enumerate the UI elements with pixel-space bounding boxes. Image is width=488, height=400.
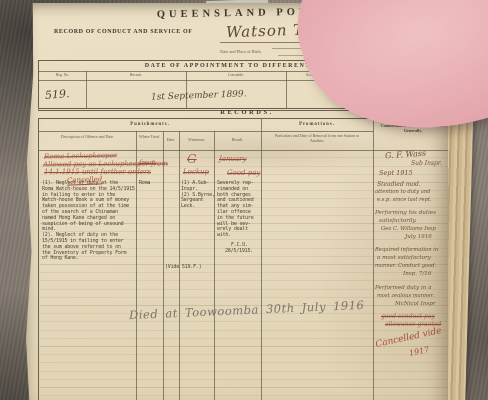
records-table: Punishments. Promotions. Commendable Rem… <box>38 118 454 400</box>
column-header-promotions-particulars: Particulars and Date of Removal from one… <box>271 134 363 144</box>
remark-line: attention to duty and <box>375 189 430 195</box>
records-divider <box>261 119 262 400</box>
remark-line: a most satisfactory <box>377 255 431 261</box>
records-divider <box>373 119 374 400</box>
column-header-offence: Description of Offence and Date. <box>43 135 132 140</box>
result-value: Severely rep- rimanded on both charges a… <box>217 181 254 239</box>
remark-line: satisfactorily. <box>379 218 417 224</box>
struck-fragment-good-pay: Good pay <box>227 169 260 177</box>
remark-line: manner. Conduct good. <box>375 263 436 269</box>
rank-column-header-recruit: Recruit. <box>86 73 186 77</box>
result-date: 28/5/1915. <box>225 249 253 255</box>
records-divider <box>163 131 164 400</box>
remark-line: e.s.p. since last rept. <box>377 197 432 203</box>
birth-label: Date and Place of Birth. <box>166 49 316 54</box>
column-header-witnesses: Witnesses. <box>179 137 214 142</box>
recruit-date-value: 1st September 1899. <box>151 89 247 102</box>
witnesses-value: (1) A.Sub- Inspr. (2) S.Byrne, Sergeant … <box>181 181 215 210</box>
records-divider <box>214 131 215 400</box>
column-header-date: Date. <box>163 137 179 142</box>
rank-column-header-constable: Constable. <box>186 73 286 77</box>
remark-line: most zealous manner. <box>377 293 434 299</box>
column-header-result: Result. <box>214 137 261 142</box>
reg-no-column-header: Reg. No. <box>39 73 86 77</box>
struck-fragment-g: G <box>187 152 197 166</box>
remark-line: Sept 1915 <box>379 169 413 177</box>
cancelled-vide-year: 1917 <box>408 345 430 358</box>
column-header-where-tried: Where Tried. <box>137 135 162 140</box>
struck-fragment-from: from <box>139 159 156 167</box>
remark-line: Sub Inspr. <box>411 160 442 167</box>
struck-fragment-january: January <box>219 155 246 163</box>
remark-line: Performed duty in a <box>375 285 431 291</box>
struck-remark-line: good conduct pay <box>381 313 435 320</box>
remark-line: Performing his duties <box>375 210 436 216</box>
remark-line: McNicol Inspr <box>395 301 436 307</box>
where-tried-value: Roma <box>139 181 150 187</box>
promotions-group-header: Promotions. <box>261 122 373 127</box>
remark-line: July 1916 <box>405 234 432 240</box>
remark-line: Required information in <box>375 247 438 253</box>
remarks-column: G. F. Wass Sub Inspr. Sept 1915 Steadied… <box>375 150 453 400</box>
photo-background: QUEENSLAND POLICE. RECORD OF CONDUCT AND… <box>0 0 488 400</box>
remark-line: Insp. 7/16 <box>403 271 431 277</box>
punishments-group-header: Punishments. <box>39 122 261 127</box>
records-group-rule <box>39 131 373 132</box>
record-of-service-label: RECORD OF CONDUCT AND SERVICE OF <box>54 29 193 35</box>
cancelled-vide-note: Cancelled vide <box>375 326 443 350</box>
remark-line: Steadied mod. <box>377 181 421 188</box>
offence-description-text: (1). Neglect of duty at the Roma Watch-h… <box>42 181 135 262</box>
vide-note: (Vide 519.F.) <box>165 265 202 271</box>
death-note: Died at Toowoomba 30th July 1916 <box>129 298 365 322</box>
struck-fragment-lockup: Lockup <box>183 168 209 176</box>
remark-line: Geo C. Williams Insp <box>381 226 436 232</box>
reg-no-value: 519. <box>45 87 70 102</box>
remark-line: G. F. Wass <box>385 149 427 161</box>
